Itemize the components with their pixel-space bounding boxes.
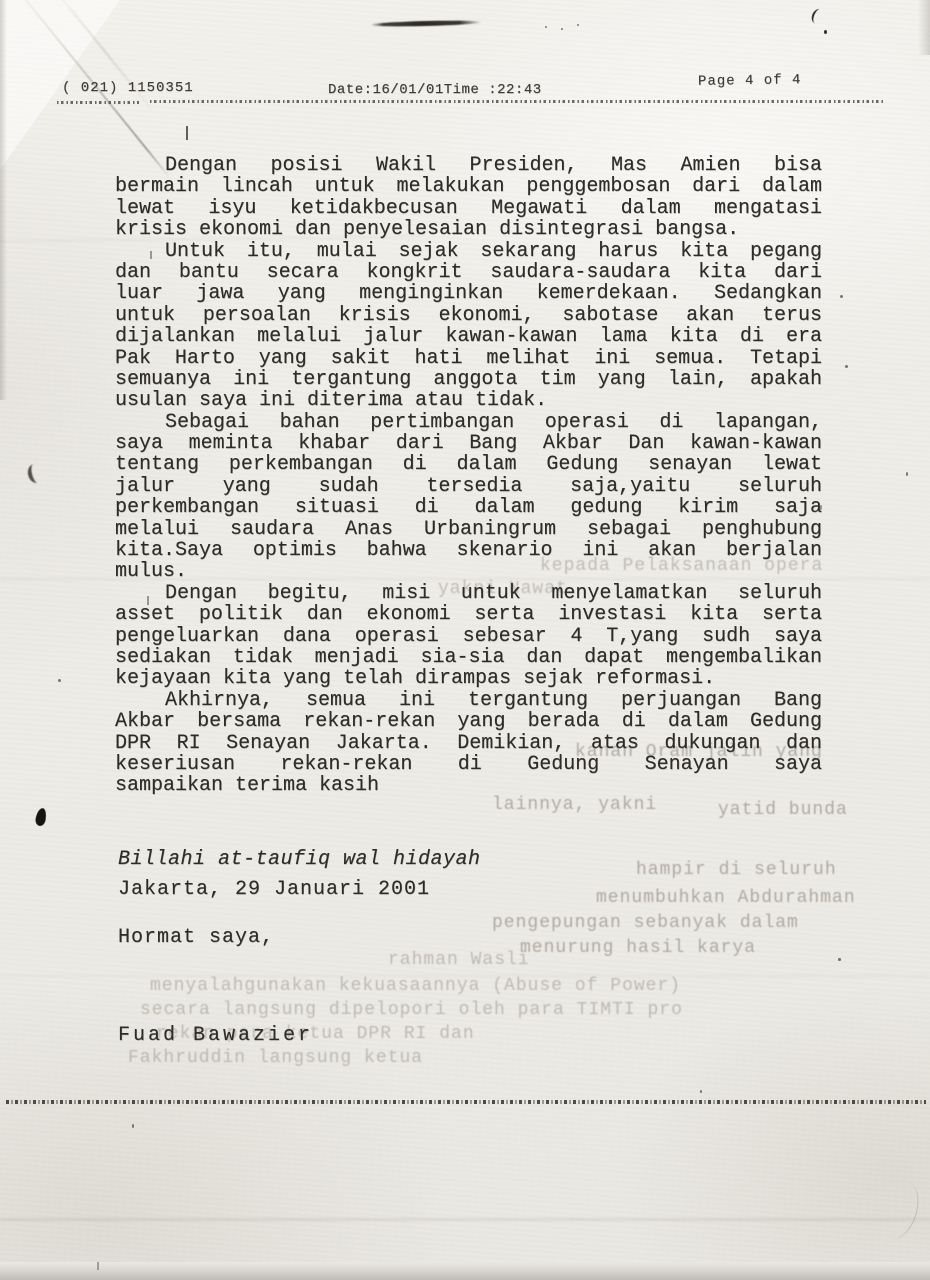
text-line: kita.Saya optimis bahwa skenario ini aka…	[115, 540, 822, 561]
scan-artifact-curl-mark	[810, 8, 825, 26]
closing-place-date: Jakarta, 29 Januari 2001	[118, 878, 430, 901]
text-line: sediakan tidak menjadi sia-sia dan dapat…	[115, 647, 822, 668]
text-line: dan bantu secara kongkrit saudara-saudar…	[115, 262, 822, 283]
text-line: krisis ekonomi dan penyelesaian disinteg…	[115, 219, 822, 240]
scan-artifact-squiggle	[370, 20, 482, 28]
text-line: sampaikan terima kasih	[115, 775, 822, 796]
scan-artifact-dot	[58, 679, 61, 682]
bleedthrough-text: menyalahgunakan kekuasaannya (Abuse of P…	[150, 976, 681, 996]
text-line: kejayaan kita yang telah dirampas sejak …	[115, 668, 822, 689]
fax-number: ( 021) 1150351	[62, 80, 194, 96]
page-edge-bottom	[0, 1262, 930, 1280]
scan-artifact-dot	[838, 958, 841, 961]
fax-datetime: Date:16/01/01Time :22:43	[328, 82, 542, 98]
scan-artifact-crescent	[26, 462, 45, 484]
bleedthrough-text: hampir di seluruh	[636, 860, 837, 880]
text-line: dijalankan melalui jalur kawan-kawan lam…	[115, 326, 822, 347]
scanned-fax-page: kepada Pelaksanaan opera yakni Nawat kan…	[0, 0, 930, 1280]
fax-page-count: Page 4 of 4	[698, 72, 802, 90]
bleedthrough-text: menurung hasil karya	[520, 938, 756, 958]
corner-curl-mark	[872, 1176, 926, 1244]
scan-artifact-ink-blot	[35, 807, 48, 826]
text-line: keseriusan rekan-rekan di Gedung Senayan…	[115, 754, 822, 775]
fold-crease	[49, 0, 157, 115]
page-edge-left	[0, 0, 7, 400]
text-line: jalur yang sudah tersedia saja,yaitu sel…	[115, 476, 822, 497]
scan-artifact-dot	[824, 30, 827, 34]
text-line: lewat isyu ketidakbecusan Megawati dalam…	[115, 198, 822, 219]
paragraph-4: Dengan begitu, misi untuk menyelamatkan …	[115, 583, 822, 690]
letter-body: Dengan posisi Wakil Presiden, Mas Amien …	[115, 155, 822, 797]
scan-artifact-dot	[906, 472, 908, 476]
text-line: luar jawa yang menginginkan kemerdekaan.…	[115, 283, 822, 304]
scan-artifact-dot	[845, 365, 848, 368]
scan-artifact-tick	[97, 1262, 99, 1270]
bleedthrough-text: Fakhruddin langsung ketua	[128, 1048, 423, 1068]
bleedthrough-text: lainnya, yakni	[492, 795, 657, 815]
scan-artifact-tick	[186, 126, 188, 140]
text-line: Akbar bersama rekan-rekan yang berada di…	[115, 711, 822, 732]
text-line: melalui saudara Anas Urbaningrum sebagai…	[115, 519, 822, 540]
text-line: usulan saya ini diterima atau tidak.	[115, 390, 822, 411]
paragraph-3: Sebagai bahan pertimbangan operasi di la…	[115, 412, 822, 583]
header-dotted-rule	[150, 100, 883, 103]
text-line: saya meminta khabar dari Bang Akbar Dan …	[115, 433, 822, 454]
text-line: bermain lincah untuk melakukan penggembo…	[115, 176, 822, 197]
signature-name: Fuad Bawazier	[118, 1024, 313, 1047]
bleedthrough-text: yatid bunda	[718, 800, 848, 820]
text-line: asset politik dan ekonomi serta investas…	[115, 604, 822, 625]
paragraph-1: Dengan posisi Wakil Presiden, Mas Amien …	[115, 155, 822, 241]
bleedthrough-text: pengepungan sebanyak dalam	[492, 913, 799, 933]
scan-artifact-dot	[561, 28, 563, 30]
bleedthrough-text: menumbuhkan Abdurahman	[596, 888, 856, 908]
text-line: Dengan posisi Wakil Presiden, Mas Amien …	[115, 155, 822, 176]
text-line: tentang perkembangan di dalam Gedung sen…	[115, 454, 822, 475]
paragraph-2: Untuk itu, mulai sejak sekarang harus ki…	[115, 241, 822, 412]
page-edge-top-right	[918, 0, 930, 55]
text-line: Sebagai bahan pertimbangan operasi di la…	[115, 412, 822, 433]
text-line: DPR RI Senayan Jakarta. Demikian, atas d…	[115, 733, 822, 754]
bleedthrough-text: rahman Wasli	[388, 950, 530, 970]
paper-crease	[0, 1218, 930, 1221]
scan-artifact-dot	[840, 295, 843, 298]
scan-artifact-dot	[577, 24, 579, 26]
closing-dua: Billahi at-taufiq wal hidayah	[118, 848, 481, 871]
text-line: perkembangan situasi di dalam gedung kir…	[115, 497, 822, 518]
text-line: Untuk itu, mulai sejak sekarang harus ki…	[115, 241, 822, 262]
closing-salutation: Hormat saya,	[118, 926, 274, 949]
bottom-dashed-rule	[6, 1100, 926, 1104]
scan-artifact-dot	[700, 1090, 702, 1093]
paragraph-5: Akhirnya, semua ini tergantung perjuanga…	[115, 690, 822, 797]
text-line: Pak Harto yang sakit hati melihat ini se…	[115, 348, 822, 369]
scan-artifact-dot	[545, 26, 547, 28]
text-line: pengeluarkan dana operasi sebesar 4 T,ya…	[115, 626, 822, 647]
text-line: Dengan begitu, misi untuk menyelamatkan …	[115, 583, 822, 604]
scan-artifact-dot	[132, 1124, 134, 1128]
text-line: semuanya ini tergantung anggota tim yang…	[115, 369, 822, 390]
text-line: mulus.	[115, 561, 822, 582]
bleedthrough-text: secara langsung dipelopori oleh para TIM…	[140, 1000, 683, 1020]
text-line: untuk persoalan krisis ekonomi, sabotase…	[115, 305, 822, 326]
text-line: Akhirnya, semua ini tergantung perjuanga…	[115, 690, 822, 711]
header-dotted-rule	[57, 101, 139, 104]
